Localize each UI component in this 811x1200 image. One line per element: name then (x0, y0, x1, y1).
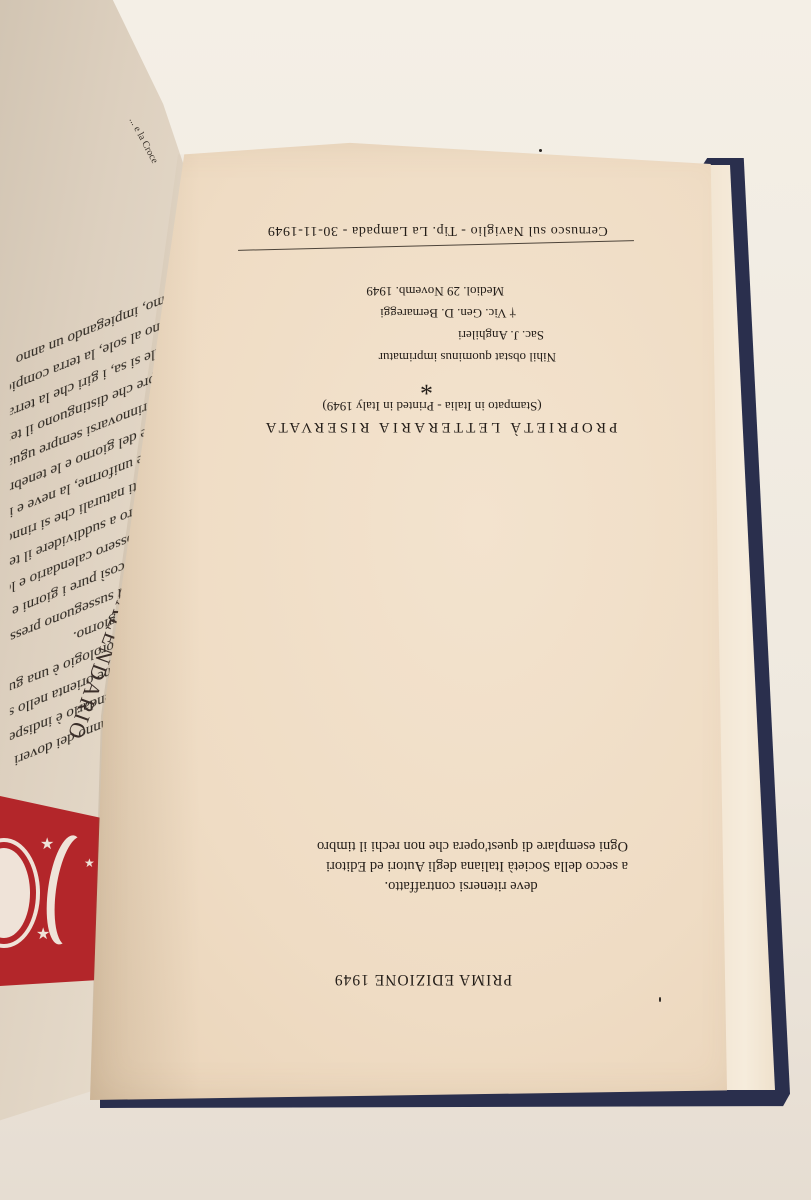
star-icon: ★ (36, 924, 50, 944)
imprimatur-line: Sac. J. Anghileri (296, 324, 556, 346)
crescent-moon-icon (49, 834, 100, 948)
copyright-line: Ogni esemplare di quest'opera che non re… (256, 836, 628, 856)
imprimatur-line: Nihil obstat quominus imprimatur (296, 346, 556, 368)
edition-line: PRIMA EDIZIONE 1949 (318, 970, 528, 988)
imprimatur-line: Mediol. 29 Novemb. 1949 (296, 280, 556, 302)
star-icon: ★ (40, 834, 54, 854)
copyright-notice: deve ritenersi contraffatto. a secco del… (256, 836, 628, 896)
imprimatur-line: † Vic. Gen. D. Bernareggi (296, 302, 556, 324)
dust-speck (659, 997, 661, 1002)
sun-icon (0, 848, 30, 938)
copyright-line: deve ritenersi contraffatto. (256, 876, 628, 896)
book-photo: Quando si hanno dei doveri da com- porre… (0, 0, 811, 1200)
flag-illustration: ★ ★ ★ (0, 796, 105, 986)
asterisk-separator: * (420, 370, 433, 400)
dust-speck (539, 149, 542, 152)
imprimatur-block: Nihil obstat quominus imprimatur Sac. J.… (296, 280, 556, 368)
rights-reserved-line: PROPRIETÀ LETTERARIA RISERVATA (240, 418, 640, 435)
printer-line: Cernusco sul Naviglio - Tip. La Lampada … (240, 222, 635, 238)
copyright-line: a secco della Società Italiana degli Aut… (256, 856, 628, 876)
star-icon: ★ (84, 856, 95, 871)
printed-in-line: (Stampato in Italia - Printed in Italy 1… (292, 398, 572, 414)
